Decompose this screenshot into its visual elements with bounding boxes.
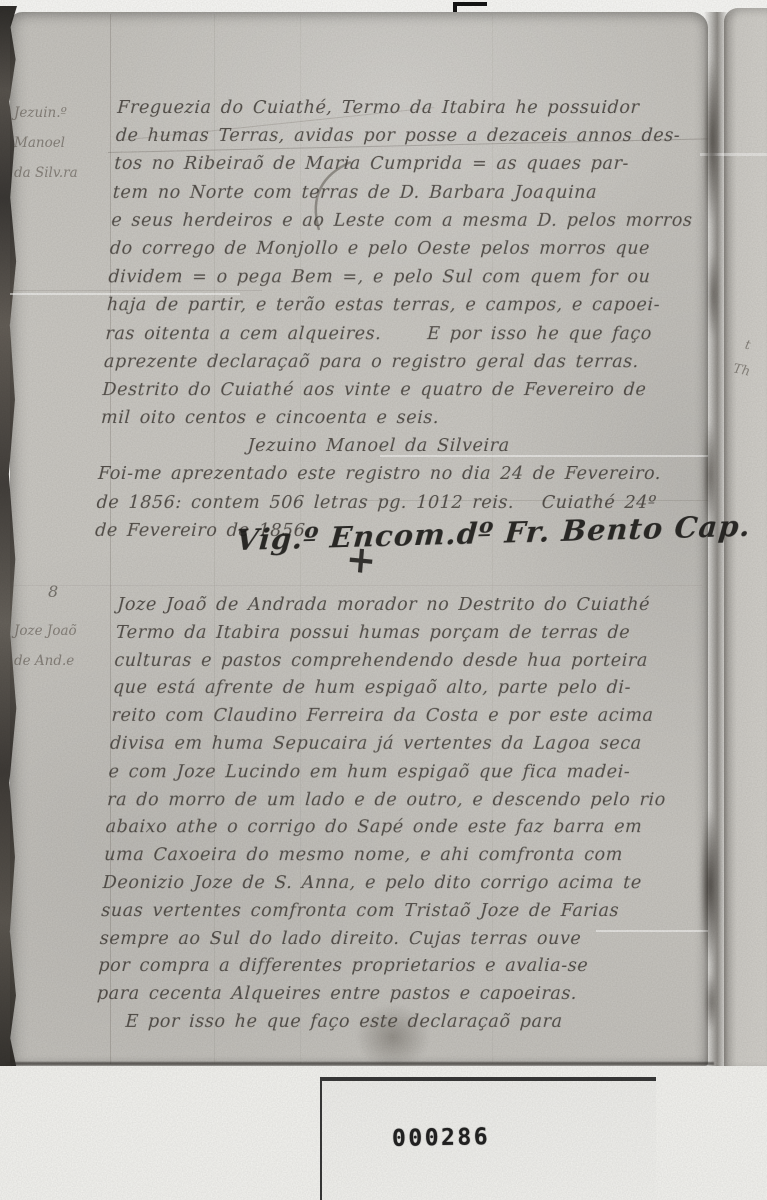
entry-number: 8 xyxy=(48,582,58,601)
number-stamp: 000286 xyxy=(392,1124,491,1152)
manuscript-line: abaixo athe o corrigo do Sapé onde este … xyxy=(105,814,691,842)
margin-note-entry2: Joze Joaõ de And.e xyxy=(14,616,114,676)
manuscript-line: reito com Claudino Ferreira da Costa e p… xyxy=(111,703,697,731)
margin-note-line: de And.e xyxy=(14,646,114,676)
manuscript-line: e seus herdeiros e ao Leste com a mesma … xyxy=(111,207,697,235)
margin-note-line: da Silv.ra xyxy=(14,158,114,188)
ink-stain xyxy=(704,55,720,225)
smudge-stain xyxy=(356,1004,430,1070)
manuscript-line: Foi-me aprezentado este registro no dia … xyxy=(97,460,683,488)
manuscript-scan: Jezuin.º Manoel da Silv.ra Freguezia do … xyxy=(0,0,767,1200)
margin-note-line: Joze Joaõ xyxy=(14,616,114,646)
manuscript-line: que está afrente de hum espigaõ alto, pa… xyxy=(112,675,698,703)
manuscript-line: dividem = o pega Bem =, e pelo Sul com q… xyxy=(108,263,694,291)
crease xyxy=(12,585,702,586)
manuscript-line: divisa em huma Sepucaira já vertentes da… xyxy=(109,731,695,759)
manuscript-line: uma Caxoeira do mesmo nome, e ahi comfro… xyxy=(103,842,689,870)
cross-mark: + xyxy=(344,538,378,584)
manuscript-line: do corrego de Monjollo e pelo Oeste pelo… xyxy=(109,235,695,263)
manuscript-line: Termo da Itabira possui humas porçam de … xyxy=(115,620,701,648)
archival-number-slip: 000286 xyxy=(320,1077,656,1200)
manuscript-line: Joze Joaõ de Andrada morador no Destrito… xyxy=(117,592,703,620)
manuscript-line: Deonizio Joze de S. Anna, e pelo dito co… xyxy=(102,870,688,898)
registry-entry-1: Freguezia do Cuiathé, Termo da Itabira h… xyxy=(94,94,703,545)
ink-stain xyxy=(707,250,719,340)
margin-note-line: Jezuin.º xyxy=(14,98,114,128)
margin-note-line: Manoel xyxy=(14,128,114,158)
manuscript-line: mil oito centos e cincoenta e seis. xyxy=(100,404,686,432)
ink-stain xyxy=(705,972,717,1032)
ink-bleed-fragment: Th xyxy=(732,361,752,379)
manuscript-line: de humas Terras, avidas por posse a deza… xyxy=(115,122,701,150)
manuscript-line: haja de partir, e terão estas terras, e … xyxy=(106,291,692,319)
manuscript-line: Freguezia do Cuiathé, Termo da Itabira h… xyxy=(117,94,703,122)
page-bottom-edge xyxy=(6,1062,714,1065)
ink-stain xyxy=(700,808,720,963)
manuscript-line: suas vertentes comfronta com Tristaõ Joz… xyxy=(101,898,687,926)
manuscript-line: culturas e pastos comprehendendo desde h… xyxy=(114,648,700,676)
manuscript-line: e com Joze Lucindo em hum espigaõ que fi… xyxy=(108,759,694,787)
margin-note-entry1: Jezuin.º Manoel da Silv.ra xyxy=(14,98,114,188)
declarant-signature: Jezuino Manoel da Silveira xyxy=(99,432,685,460)
manuscript-line: tem no Norte com terras de D. Barbara Jo… xyxy=(112,179,698,207)
manuscript-line: sempre ao Sul do lado direito. Cujas ter… xyxy=(99,926,685,954)
registry-entry-2: Joze Joaõ de Andrada morador no Destrito… xyxy=(95,592,703,1037)
manuscript-line: ras oitenta a cem alqueires. E por isso … xyxy=(105,320,691,348)
manuscript-line: aprezente declaraçaõ para o registro ger… xyxy=(103,348,689,376)
manuscript-line: Destrito do Cuiathé aos vinte e quatro d… xyxy=(102,376,688,404)
manuscript-line: por compra a differentes proprietarios e… xyxy=(98,953,684,981)
manuscript-line: tos no Ribeiraõ de Maria Cumprida = as q… xyxy=(114,150,700,178)
manuscript-line: ra do morro de um lado e de outro, e des… xyxy=(106,787,692,815)
